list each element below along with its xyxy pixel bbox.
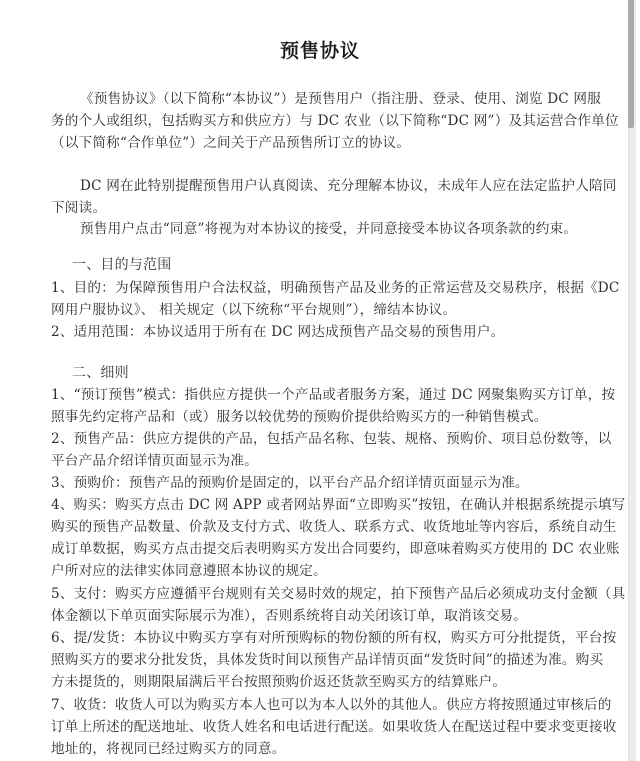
clause-line: 户所对应的法律实体同意遵照本协议的规定。 (51, 562, 327, 580)
clause-line: 1、“预订预售”模式：指供应方提供一个产品或者服务方案，通过 DC 网聚集购买方… (51, 386, 615, 404)
clause-line: 2、预售产品：供应方提供的产品，包括产品名称、包装、规格、预购价、项目总份数等，… (51, 430, 612, 448)
clause-line: 地址的，将视同已经过购买方的同意。 (51, 740, 286, 758)
clause-line: 7、收货：收货人可以为购买方本人也可以为本人以外的其他人。供应方将按照通过审核后… (51, 696, 612, 714)
clause-line: 4、购买：购买方点击 DC 网 APP 或者网站界面“立即购买”按钮，在确认并根… (51, 496, 625, 514)
section-heading-purpose-scope: 一、目的与范围 (72, 256, 171, 274)
reminder-line: 下阅读。 (51, 199, 106, 217)
clause-line: 照购买方的要求分批发货，具体发货时间以预售产品详情页面“发货时间”的描述为准。购… (51, 651, 603, 669)
clause-line: 订单上所述的配送地址、收货人姓名和电话进行配送。如果收货人在配送过程中要求变更接… (51, 718, 617, 736)
clause-line: 方未提货的，则期限届满后平台按照预购价返还货款至购买方的结算账户。 (51, 673, 506, 691)
clause-line: 购买的预售产品数量、价款及支付方式、收货人、联系方式、收货地址等内容后，系统自动… (51, 518, 617, 536)
clause-line: 1、目的：为保障预售用户合法权益，明确预售产品及业务的正常运营及交易秩序，根据《… (51, 279, 620, 297)
vertical-scrollbar-thumb[interactable] (628, 0, 634, 128)
clause-line: 5、支付：购买方应遵循平台规则有关交易时效的规定，拍下预售产品后必须成功支付金额… (51, 585, 625, 603)
clause-line: 2、适用范围：本协议适用于所有在 DC 网达成预售产品交易的预售用户。 (51, 323, 504, 341)
clause-line: 平台产品介绍详情页面显示为准。 (51, 452, 258, 470)
section-heading-rules: 二、细则 (72, 364, 129, 382)
clause-line: 网用户服协议》、 相关规定（以下统称“平台规则”），缔结本协议。 (51, 301, 456, 319)
document-page: 预售协议 《预售协议》（以下简称“本协议”）是预售用户（指注册、登录、使用、浏览… (0, 0, 620, 761)
reminder-line: DC 网在此特别提醒预售用户认真阅读、充分理解本协议，未成年人应在法定监护人陪同 (80, 177, 617, 195)
clause-line: 6、提/发货：本协议中购买方享有对所预购标的物份额的所有权，购买方可分批提货，平… (51, 629, 616, 647)
acceptance-line: 预售用户点击“同意”将视为对本协议的接受，并同意接受本协议各项条款的约束。 (80, 220, 577, 238)
clause-line: 3、预购价：预售产品的预购价是固定的，以平台产品介绍详情页面显示为准。 (51, 474, 529, 492)
clause-line: 成订单数据，购买方点击提交后表明购买方发出合同要约，即意味着购买方使用的 DC … (51, 540, 620, 558)
intro-line: 务的个人或组织，包括购买方和供应方）与 DC 农业（以下简称“DC 网”）及其运… (51, 112, 619, 130)
clause-line: 体金额以下单页面实际展示为准），否则系统将自动关闭该订单，取消该交易。 (51, 607, 527, 625)
document-title: 预售协议 (0, 36, 640, 63)
clause-line: 照事先约定将产品和（或）服务以较优势的预购价提供给购买方的一种销售模式。 (51, 408, 548, 426)
intro-line: （以下简称“合作单位”）之间关于产品预售所订立的协议。 (51, 134, 410, 152)
intro-line: 《预售协议》（以下简称“本协议”）是预售用户（指注册、登录、使用、浏览 DC 网… (80, 90, 601, 108)
